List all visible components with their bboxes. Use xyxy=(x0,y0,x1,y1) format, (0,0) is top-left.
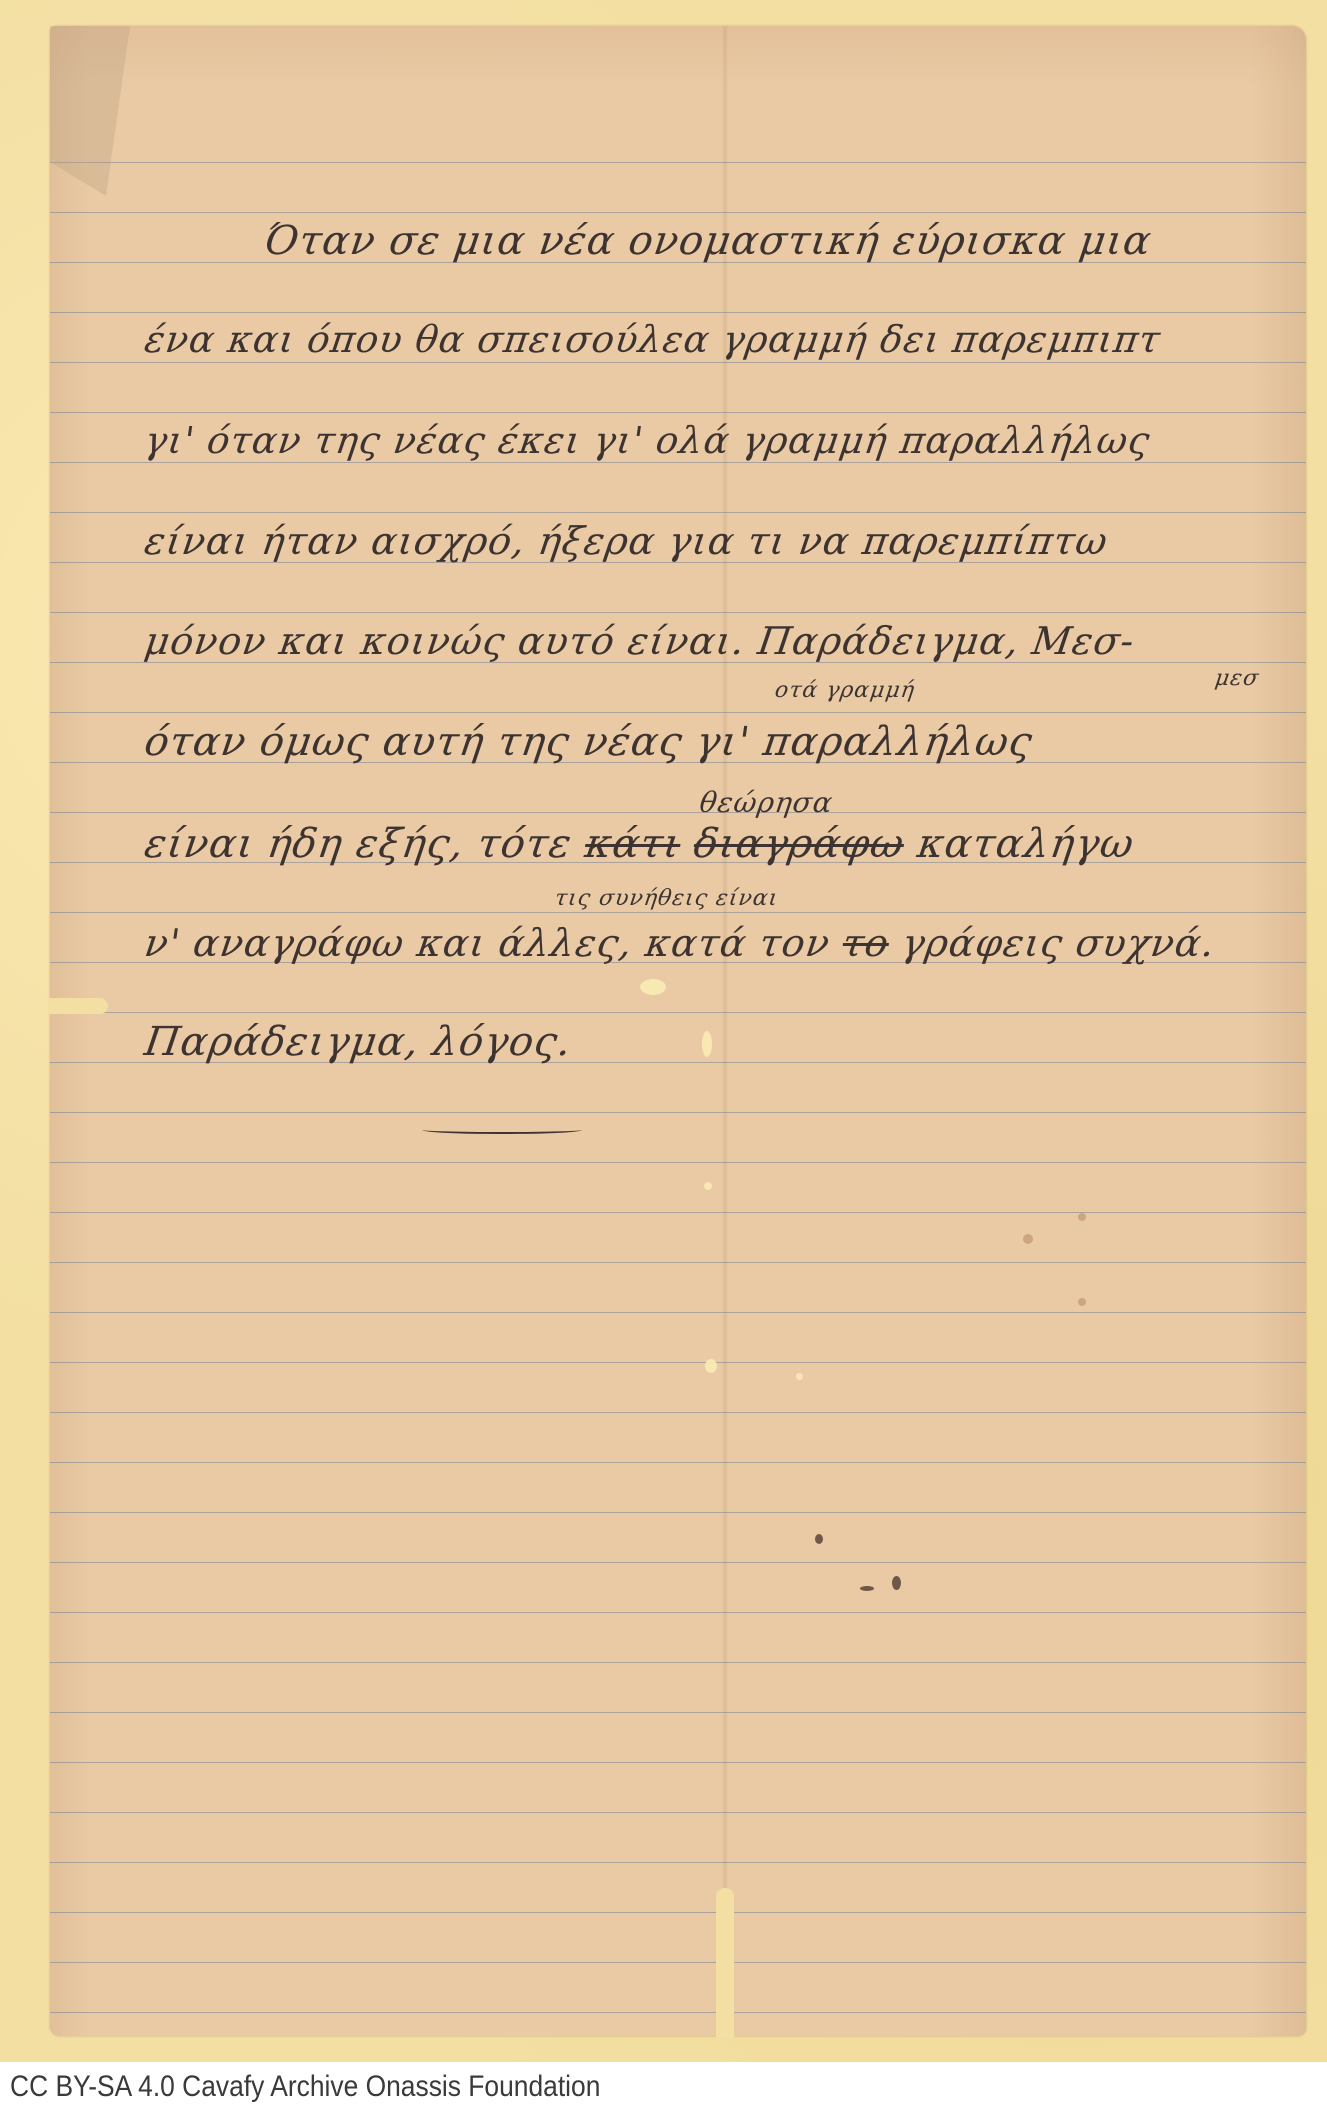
ruled-line xyxy=(50,1162,1306,1163)
ruled-line xyxy=(50,162,1306,163)
ruled-line xyxy=(50,212,1306,213)
ruled-line xyxy=(50,1912,1306,1913)
struck-word: το xyxy=(840,921,892,965)
ruled-line xyxy=(50,1362,1306,1363)
ruled-line xyxy=(50,1462,1306,1463)
ruled-line xyxy=(50,1612,1306,1613)
left-edge-notch xyxy=(48,998,108,1014)
ruled-line xyxy=(50,1712,1306,1713)
manuscript-line-3: γι' όταν της νέας έκει γι' ολά γραμμή πα… xyxy=(142,419,1153,462)
ruled-line xyxy=(50,1662,1306,1663)
stain xyxy=(796,1373,803,1380)
manuscript-line-2: ένα και όπου θα σπεισούλεα γραμμή δει πα… xyxy=(142,318,1164,361)
stain xyxy=(1078,1298,1086,1306)
manuscript-line-4: είναι ήταν αισχρό, ήξερα για τι να παρεμ… xyxy=(142,519,1111,563)
ink-blot xyxy=(815,1534,823,1544)
ruled-line xyxy=(50,1212,1306,1213)
struck-word: κάτι xyxy=(582,821,684,867)
license-caption: CC BY-SA 4.0 Cavafy Archive Onassis Foun… xyxy=(10,2070,600,2104)
ruled-line xyxy=(50,1512,1306,1513)
ruled-line xyxy=(50,1962,1306,1963)
margin-annotation: μεσ xyxy=(1213,666,1261,691)
struck-word: διαγράφω xyxy=(691,821,907,867)
ink-blot xyxy=(892,1576,901,1590)
ruled-line xyxy=(50,512,1306,513)
ink-blot xyxy=(860,1586,874,1591)
stain xyxy=(1023,1234,1033,1244)
stain xyxy=(705,1359,717,1373)
folded-corner xyxy=(50,26,130,196)
interlinear-annotation-2: θεώρησα xyxy=(698,786,836,819)
ruled-line xyxy=(50,1762,1306,1763)
stain xyxy=(1078,1213,1086,1221)
manuscript-line-5: μόνον και κοινώς αυτό είναι. Παράδειγμα,… xyxy=(142,619,1138,663)
ruled-line xyxy=(50,712,1306,713)
line-8-text: ν' αναγράφω και άλλες, κατά τον xyxy=(142,921,833,965)
ruled-line xyxy=(50,1412,1306,1413)
ruled-line xyxy=(50,1112,1306,1113)
manuscript-line-9: Παράδειγμα, λόγος. xyxy=(142,1019,575,1065)
wavy-underline xyxy=(422,1126,582,1134)
ruled-line xyxy=(50,1862,1306,1863)
manuscript-line-6: όταν όμως αυτή της νέας γι' παραλλήλως xyxy=(142,719,1036,765)
bottom-tear xyxy=(716,1888,734,2038)
interlinear-annotation-1: οτά γραμμή xyxy=(773,678,916,703)
ruled-line xyxy=(50,1562,1306,1563)
line-7-end: καταλήγω xyxy=(915,821,1138,867)
ruled-line xyxy=(50,1312,1306,1313)
ruled-line xyxy=(50,612,1306,613)
line-8-end: γράφεις συχνά. xyxy=(899,921,1218,965)
ruled-line xyxy=(50,1812,1306,1813)
stain xyxy=(704,1182,712,1190)
manuscript-line-1: Όταν σε μια νέα ονομαστική εύρισκα μια xyxy=(262,218,1155,264)
manuscript-line-8: ν' αναγράφω και άλλες, κατά τον το γράφε… xyxy=(142,921,1218,965)
ruled-line xyxy=(50,2012,1306,2013)
ruled-line xyxy=(50,1262,1306,1263)
stain xyxy=(702,1031,712,1057)
manuscript-line-7: είναι ήδη εξής, τότε κάτι διαγράφω καταλ… xyxy=(142,821,1137,867)
ruled-line xyxy=(50,312,1306,313)
ruled-line xyxy=(50,462,1306,463)
line-7-text: είναι ήδη εξής, τότε xyxy=(142,821,575,867)
ruled-line xyxy=(50,362,1306,363)
ruled-line xyxy=(50,412,1306,413)
ruled-line xyxy=(50,812,1306,813)
manuscript-page: Όταν σε μια νέα ονομαστική εύρισκα μια έ… xyxy=(50,26,1306,2036)
stain xyxy=(640,979,666,995)
ruled-line xyxy=(50,912,1306,913)
ruled-line xyxy=(50,1012,1306,1013)
interlinear-annotation-3: τις συνήθεις είναι xyxy=(553,886,780,911)
